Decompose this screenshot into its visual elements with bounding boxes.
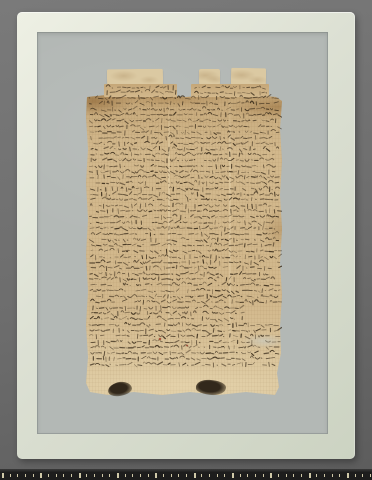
hieratic-stroke-group	[90, 86, 279, 366]
ruler-tick	[86, 474, 87, 477]
ruler-tick	[194, 473, 196, 478]
ruler-tick	[217, 474, 218, 477]
ruler-tick	[293, 474, 294, 477]
ruler-tick	[79, 473, 81, 478]
ruler-tick	[140, 474, 141, 477]
ruler-tick	[224, 474, 225, 477]
ruler-tick	[286, 474, 287, 477]
ruler-tick	[163, 474, 164, 477]
ruler-tick	[10, 474, 11, 477]
red-ink-mark	[159, 338, 161, 340]
ruler-tick	[186, 474, 187, 477]
ruler-tick	[232, 473, 234, 478]
ruler-tick	[171, 474, 172, 477]
ruler-tick	[370, 474, 371, 477]
ruler-tick	[270, 473, 272, 478]
ruler-tick	[117, 473, 119, 478]
photograph	[0, 0, 372, 480]
hieratic-stroke-group	[91, 87, 279, 365]
ruler-tick	[278, 474, 279, 477]
ruler-tick	[255, 474, 256, 477]
hieratic-stroke-group	[90, 86, 282, 365]
hieratic-stroke-group	[89, 87, 279, 367]
ruler-tick	[309, 473, 311, 478]
ruler-tick	[109, 474, 110, 477]
photo-scale-ruler	[0, 469, 372, 480]
ruler-tick	[332, 474, 333, 477]
ruler-tick	[201, 474, 202, 477]
ruler-tick	[316, 474, 317, 477]
ruler-tick	[148, 474, 149, 477]
ruler-tick	[209, 474, 210, 477]
red-ink-mark	[186, 345, 188, 347]
ruler-tick	[2, 473, 4, 478]
ruler-tick	[56, 474, 57, 477]
hieratic-stroke-group	[90, 85, 282, 367]
hieratic-stroke-group	[90, 88, 282, 365]
ruler-tick	[17, 474, 18, 477]
ruler-tick	[324, 474, 325, 477]
ruler-tick	[71, 474, 72, 477]
ruler-tick	[355, 474, 356, 477]
ruler-tick	[102, 474, 103, 477]
papyrus-manuscript	[86, 68, 282, 396]
ruler-tick	[132, 474, 133, 477]
ruler-tick	[94, 474, 95, 477]
hieratic-stroke-group	[90, 88, 279, 365]
ruler-tick	[347, 473, 349, 478]
ruler-tick	[263, 474, 264, 477]
ruler-tick	[40, 473, 42, 478]
ruler-tick	[25, 474, 26, 477]
ruler-tick	[63, 474, 64, 477]
hieratic-text	[86, 68, 282, 396]
ruler-tick	[48, 474, 49, 477]
ruler-tick	[362, 474, 363, 477]
ruler-tick	[33, 474, 34, 477]
ruler-tick	[178, 474, 179, 477]
ruler-tick	[240, 474, 241, 477]
ruler-tick	[339, 474, 340, 477]
hieratic-stroke-group	[95, 87, 280, 366]
ruler-tick	[247, 474, 248, 477]
ruler-tick	[155, 473, 157, 478]
hieratic-stroke-group	[90, 85, 279, 366]
ruler-tick	[301, 474, 302, 477]
ruler-tick	[125, 474, 126, 477]
